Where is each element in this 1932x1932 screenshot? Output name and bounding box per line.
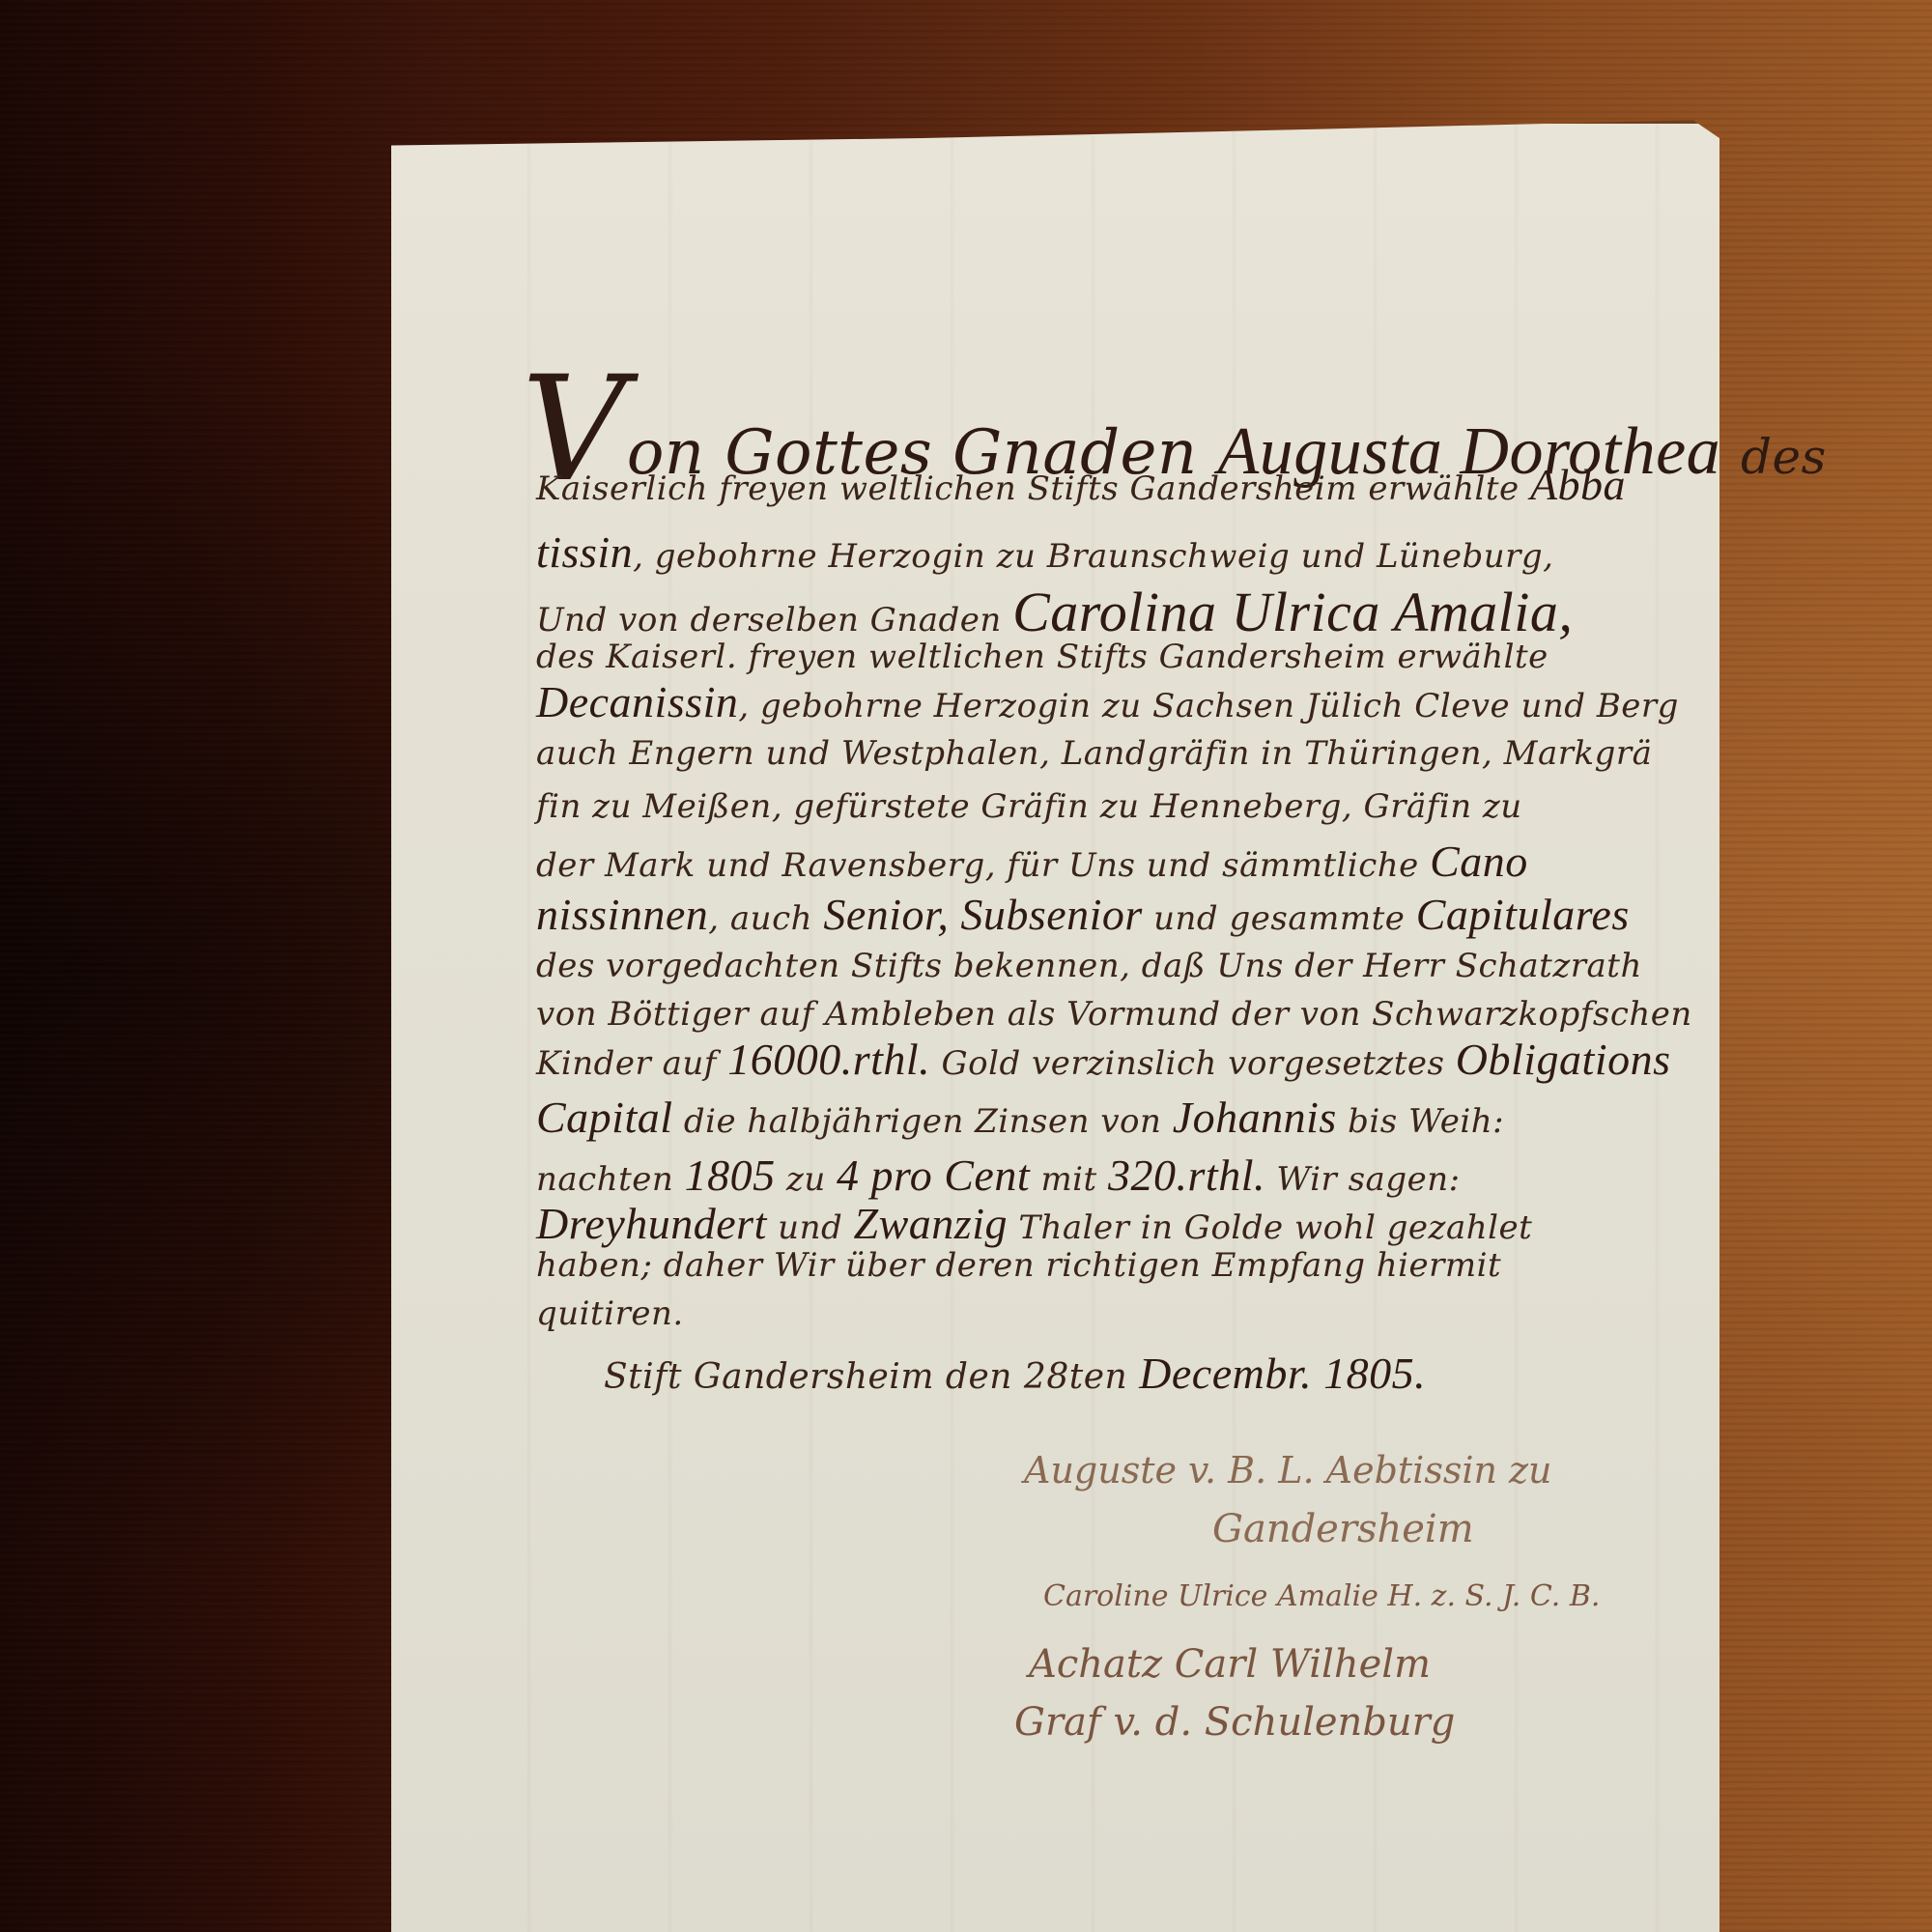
line-14-percent: 4 pro Cent [837,1151,1030,1200]
line-13-latin-lead: Capital [536,1093,673,1142]
text-line-16: haben; daher Wir über deren richtigen Em… [536,1246,1501,1285]
text-line-2: tissin, gebohrne Herzogin zu Braunschwei… [536,526,1553,578]
line-15-latin-lead: Dreyhundert [536,1199,767,1248]
line-8-latin: Cano [1430,837,1528,886]
line-9-latin-2: Capitulares [1416,890,1630,939]
line-2-latin: tissin [536,527,633,577]
line-12-latin-2: Obligations [1456,1035,1671,1084]
line-16-script: haben; daher Wir über deren richtigen Em… [536,1246,1501,1285]
text-line-12: Kinder auf 16000.rthl. Gold verzinslich … [536,1034,1671,1085]
line-15-script-2: Thaler in Golde wohl gezahlet [1018,1208,1532,1247]
text-line-4: des Kaiserl. freyen weltlichen Stifts Ga… [536,638,1548,676]
line-14-amount: 320.rthl. [1108,1151,1265,1200]
line-9-script: , auch [708,899,812,938]
line-1-latin: Abba [1530,460,1626,509]
text-line-10: des vorgedachten Stifts bekennen, daß Un… [536,947,1642,985]
line-9-script-2: und gesammte [1153,899,1405,938]
line-15-latin: Zwanzig [854,1199,1008,1248]
text-line-1: Kaiserlich freyen weltlichen Stifts Gand… [536,459,1626,510]
text-line-5: Decanissin, gebohrne Herzogin zu Sachsen… [536,676,1679,727]
text-line-11: von Böttiger auf Ambleben als Vormund de… [536,995,1692,1034]
heading-tail: des [1741,429,1827,485]
line-12-script: Kinder auf [536,1044,717,1083]
line-15-script: und [778,1208,842,1247]
line-13-script-2: bis Weih: [1348,1102,1504,1141]
dateline-month: Decembr. [1139,1349,1312,1398]
line-11-script: von Böttiger auf Ambleben als Vormund de… [536,995,1692,1034]
text-line-7: fin zu Meißen, gefürstete Gräfin zu Henn… [536,787,1522,826]
line-6-script: auch Engern und Westphalen, Landgräfin i… [536,734,1652,773]
line-5-latin: Decanissin [536,677,738,726]
line-4-script: des Kaiserl. freyen weltlichen Stifts Ga… [536,638,1548,676]
line-3-latin: Carolina Ulrica Amalia, [1012,581,1573,643]
line-14-script: nachten [536,1160,673,1199]
line-14-script-2: zu [786,1160,826,1199]
signature-abbess-line-2: Gandersheim [1212,1507,1474,1551]
line-8-script: der Mark und Ravensberg, für Uns und säm… [536,846,1419,885]
line-14-year: 1805 [685,1151,776,1200]
text-line-15: Dreyhundert und Zwanzig Thaler in Golde … [536,1198,1532,1249]
signature-abbess-line-1: Auguste v. B. L. Aebtissin zu [1024,1449,1552,1492]
signature-deaconess: Caroline Ulrice Amalie H. z. S. J. C. B. [1043,1579,1600,1613]
line-14-script-3: mit [1040,1160,1096,1199]
dateline-year: 1805. [1323,1349,1426,1398]
line-13-latin: Johannis [1173,1093,1337,1142]
line-9-latin: Senior, Subsenior [823,890,1143,939]
text-line-3: Und von derselben Gnaden Carolina Ulrica… [536,580,1573,644]
text-line-8: der Mark und Ravensberg, für Uns und säm… [536,836,1528,887]
signature-schulenburg-line-1: Achatz Carl Wilhelm [1029,1642,1431,1687]
line-3-script: Und von derselben Gnaden [536,601,1002,639]
dateline: Stift Gandersheim den 28ten Decembr. 180… [604,1348,1426,1399]
signature-schulenburg-line-2: Graf v. d. Schulenburg [1014,1700,1455,1745]
line-1-script: Kaiserlich freyen weltlichen Stifts Gand… [536,469,1520,508]
text-line-13: Capital die halbjährigen Zinsen von Joha… [536,1092,1504,1143]
line-2-script: , gebohrne Herzogin zu Braunschweig und … [633,537,1553,576]
line-12-script-2: Gold verzinslich vorgesetztes [941,1044,1444,1083]
text-line-17: quitiren. [536,1294,684,1333]
line-14-script-4: Wir sagen: [1276,1160,1460,1199]
line-10-script: des vorgedachten Stifts bekennen, daß Un… [536,947,1642,985]
dateline-place: Stift Gandersheim [604,1357,934,1397]
line-13-script: die halbjährigen Zinsen von [684,1102,1162,1141]
line-5-script: , gebohrne Herzogin zu Sachsen Jülich Cl… [738,687,1679,725]
text-line-9: nissinnen, auch Senior, Subsenior und ge… [536,889,1630,940]
line-17-script: quitiren. [536,1294,684,1333]
line-12-amount: 16000.rthl. [727,1035,930,1084]
text-line-14: nachten 1805 zu 4 pro Cent mit 320.rthl.… [536,1150,1461,1201]
line-9-latin-lead: nissinnen [536,890,708,939]
line-7-script: fin zu Meißen, gefürstete Gräfin zu Henn… [536,787,1522,826]
dateline-prefix: den [946,1357,1012,1397]
text-line-6: auch Engern und Westphalen, Landgräfin i… [536,734,1652,773]
dateline-day: 28ten [1024,1357,1127,1397]
